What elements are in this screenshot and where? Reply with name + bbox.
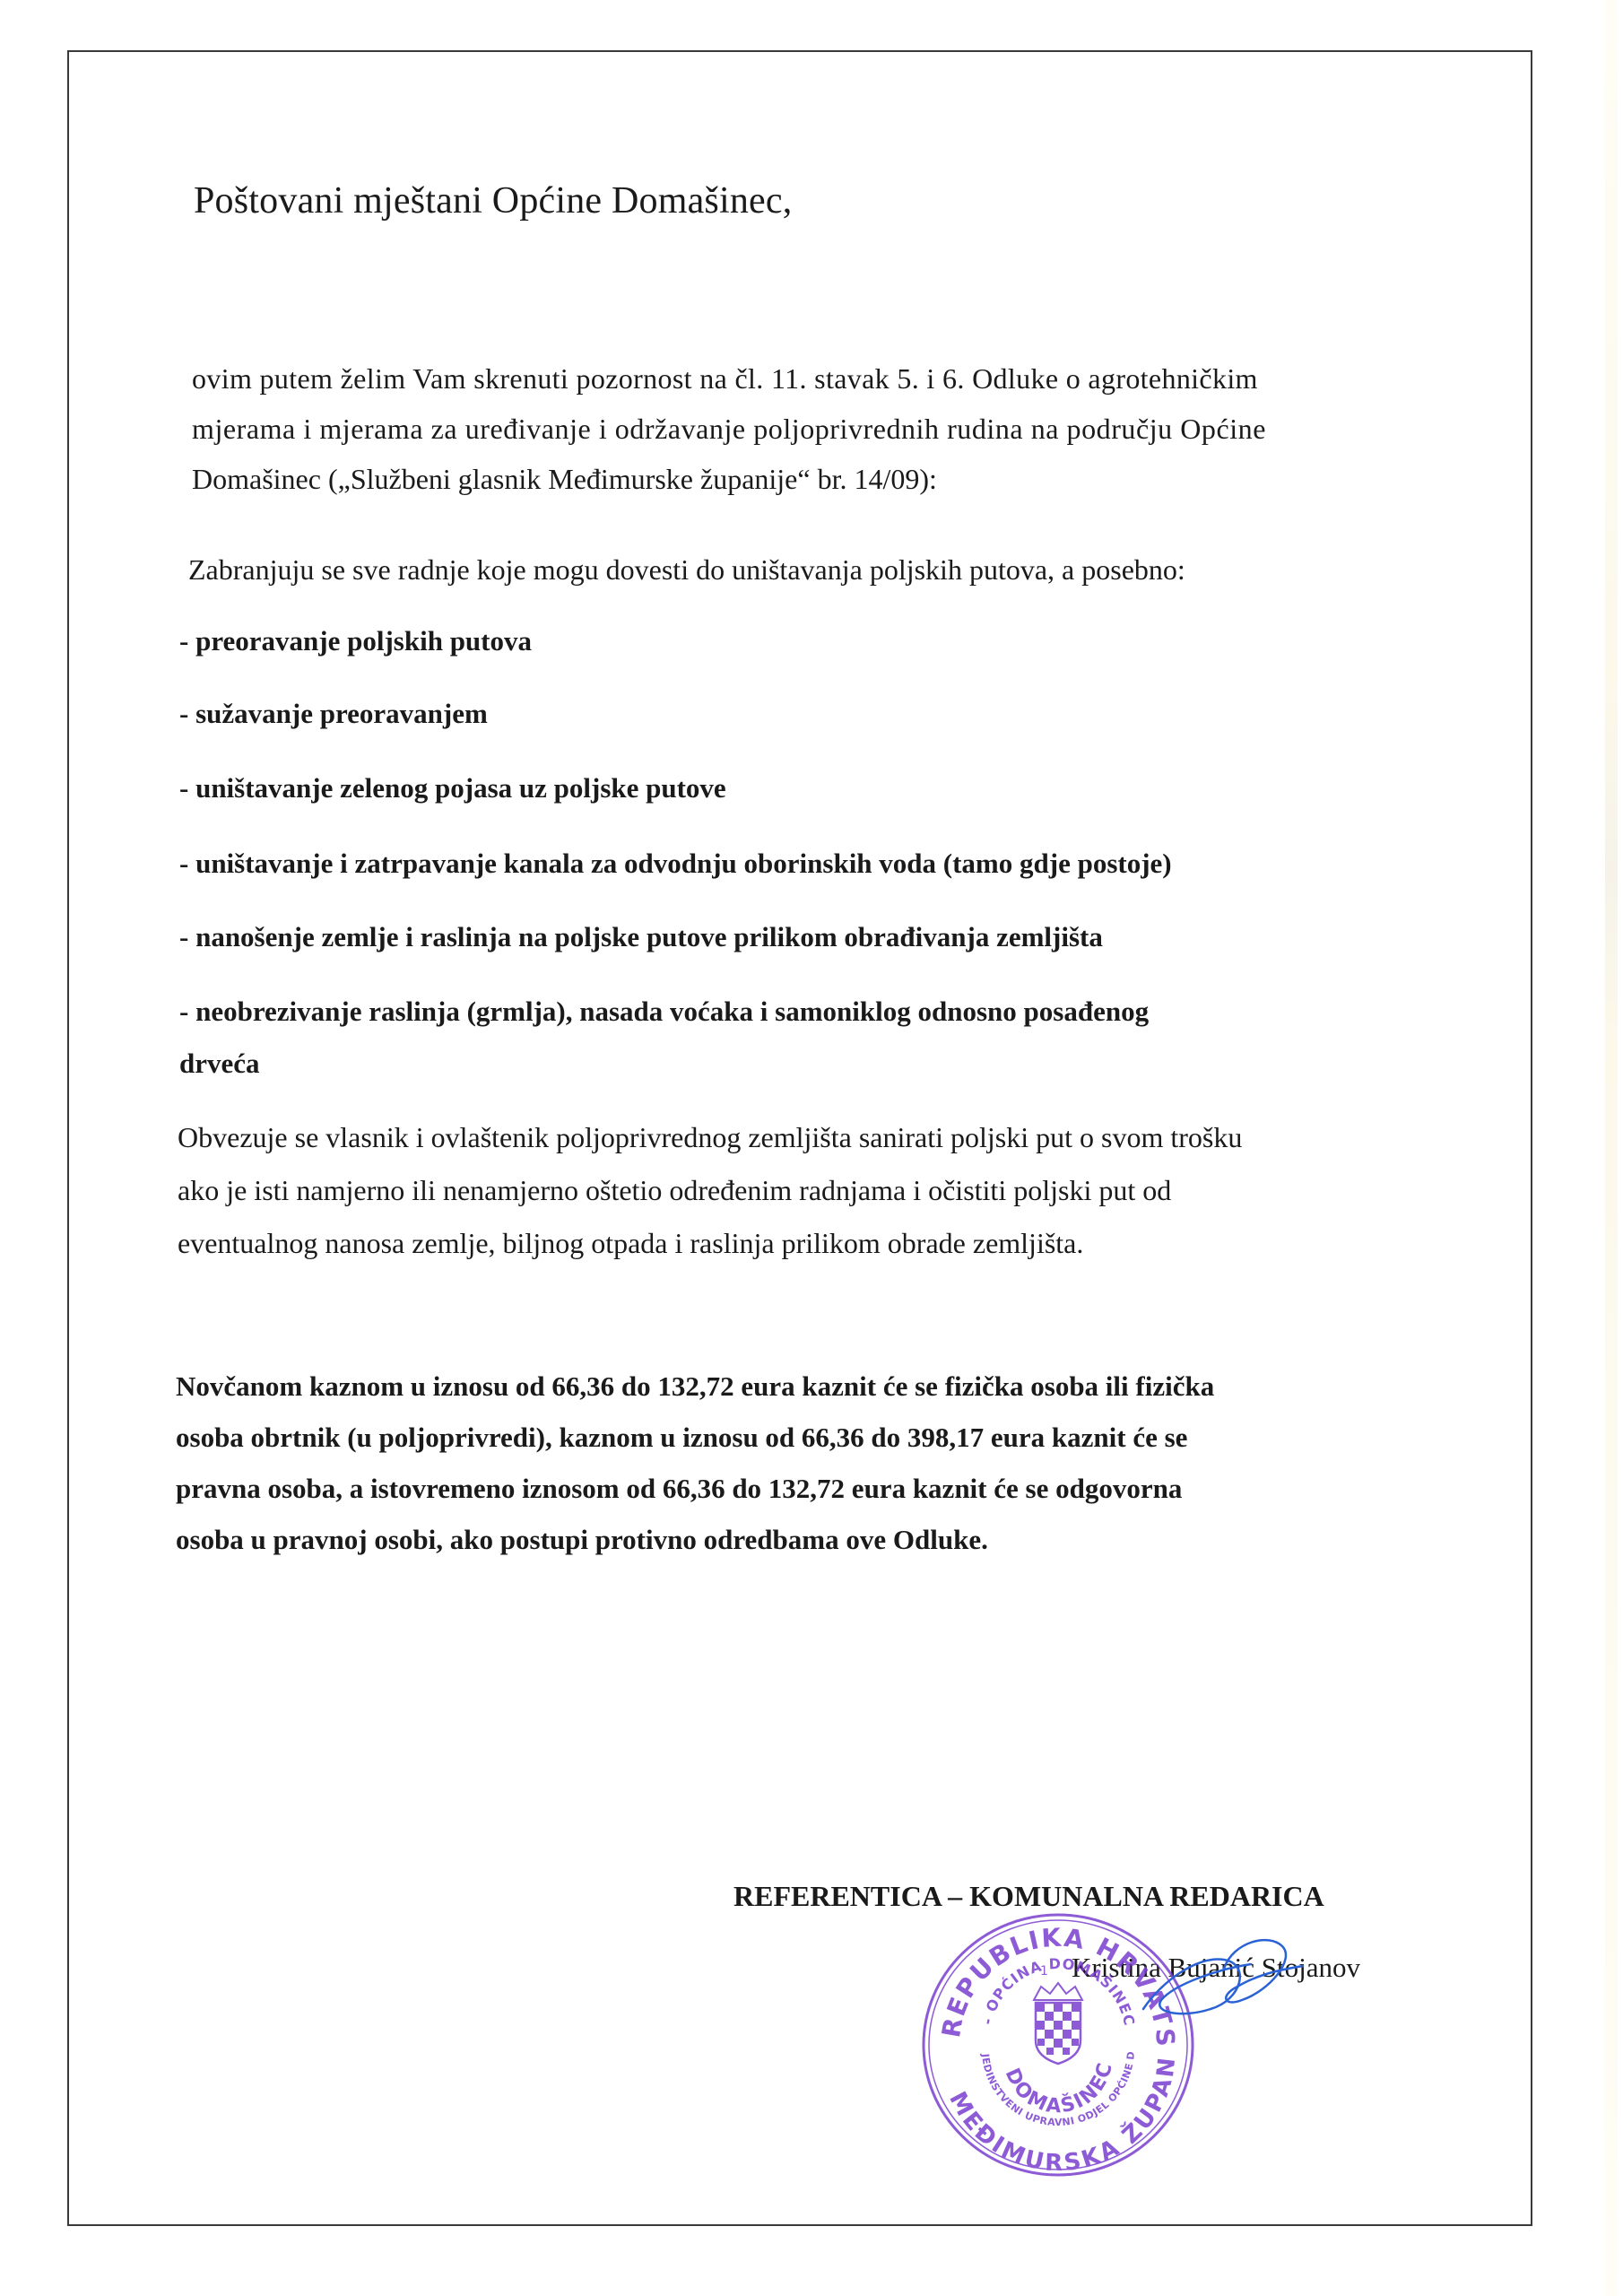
svg-text:1: 1 <box>1040 1964 1048 1979</box>
list-item: - preoravanje poljskih putova <box>179 625 532 657</box>
list-item-continuation: drveća <box>179 1048 260 1080</box>
fine-line: pravna osoba, a istovremeno iznosom od 6… <box>176 1473 1182 1505</box>
obligation-line: eventualnog nanosa zemlje, biljnog otpad… <box>178 1227 1083 1260</box>
intro-line: ovim putem želim Vam skrenuti pozornost … <box>192 362 1258 396</box>
intro-line: mjerama i mjerama za uređivanje i održav… <box>192 413 1266 446</box>
fine-line: osoba u pravnoj osobi, ako postupi proti… <box>176 1524 988 1556</box>
list-item: - uništavanje zelenog pojasa uz poljske … <box>179 772 726 804</box>
handwritten-signature-icon <box>1134 1928 1305 2027</box>
intro-line: Domašinec („Službeni glasnik Međimurske … <box>192 463 937 496</box>
greeting: Poštovani mještani Općine Domašinec, <box>194 179 792 222</box>
fine-line: osoba obrtnik (u poljoprivredi), kaznom … <box>176 1422 1187 1454</box>
scan-edge-artifact <box>1605 0 1618 2296</box>
list-item: - neobrezivanje raslinja (grmlja), nasad… <box>179 996 1149 1028</box>
prohibition-intro: Zabranjuju se sve radnje koje mogu doves… <box>188 553 1185 587</box>
list-item: - sužavanje preoravanjem <box>179 698 488 730</box>
fine-line: Novčanom kaznom u iznosu od 66,36 do 132… <box>176 1370 1214 1403</box>
list-item: - nanošenje zemlje i raslinja na poljske… <box>179 921 1103 953</box>
list-item: - uništavanje i zatrpavanje kanala za od… <box>179 848 1172 880</box>
obligation-line: Obvezuje se vlasnik i ovlaštenik poljopr… <box>178 1121 1242 1154</box>
obligation-line: ako je isti namjerno ili nenamjerno ošte… <box>178 1174 1171 1207</box>
